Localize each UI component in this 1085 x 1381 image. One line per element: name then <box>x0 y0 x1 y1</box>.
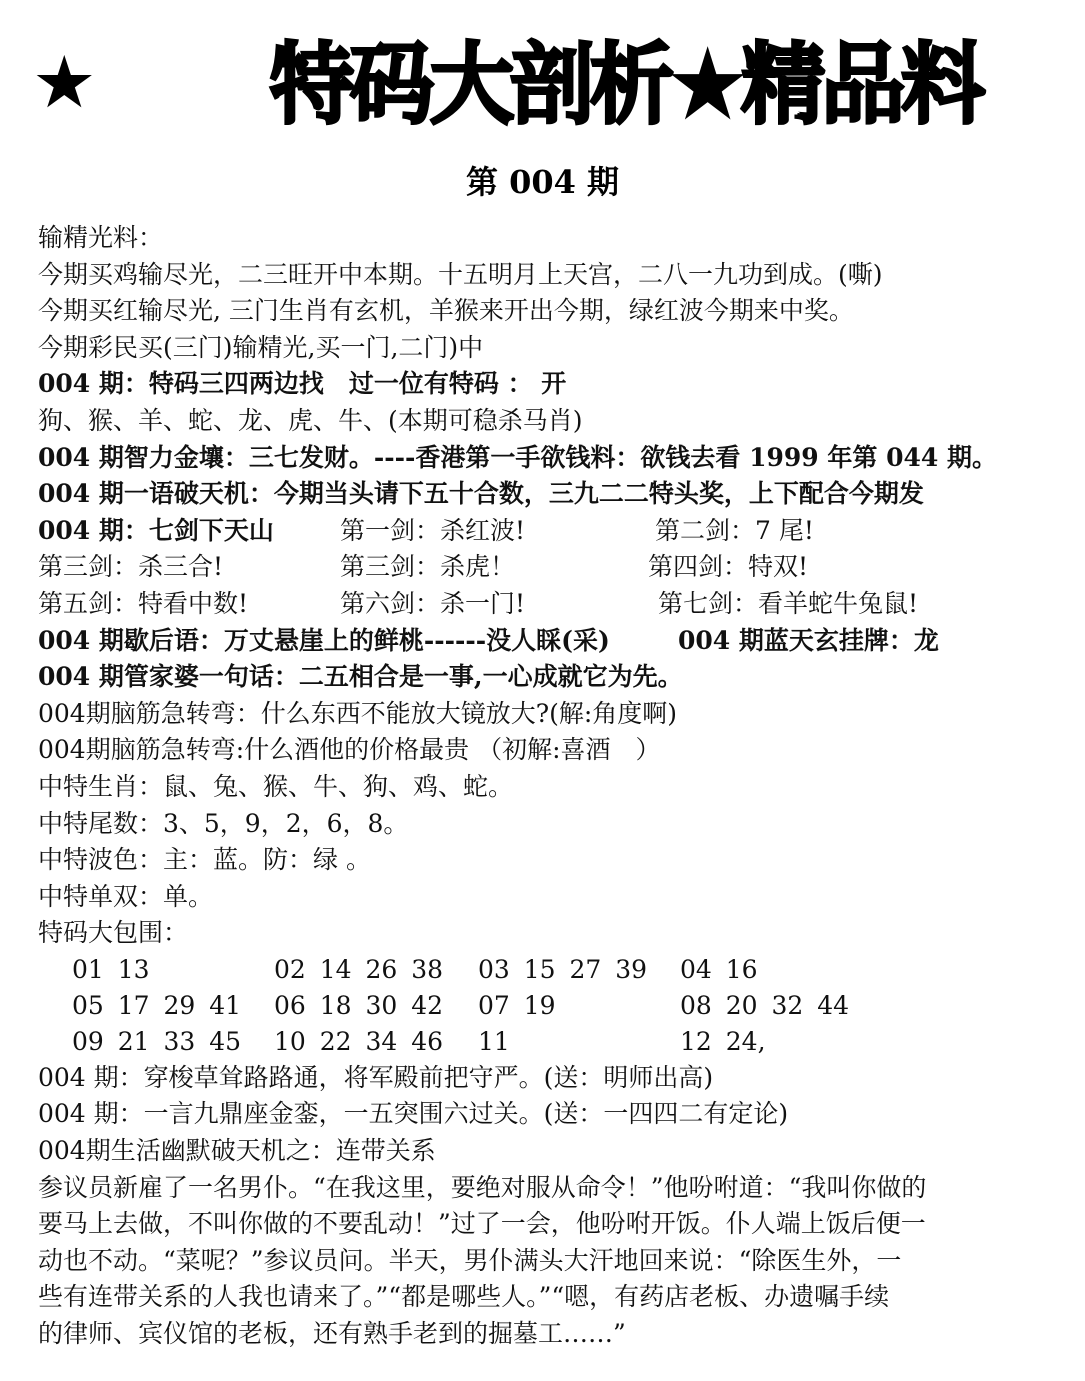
joke-line: 些有连带关系的人我也请来了。”“都是哪些人。”“嗯，有药店老板、办遗嘱手续 <box>38 1279 1068 1316</box>
joke-line: 参议员新雇了一名男仆。“在我这里，要绝对服从命令！”他吩咐道：“我叫你做的 <box>38 1170 1068 1207</box>
number-group: 08 20 32 44 <box>680 988 849 1024</box>
number-group: 06 18 30 42 <box>274 988 443 1024</box>
sword-item: 第四剑：特双! <box>648 549 808 586</box>
riddle-text: 004 期蓝天玄挂牌：龙 <box>678 623 939 660</box>
text-line: 004 期管家婆一句话：二五相合是一事,一心成就它为先。 <box>38 659 1068 696</box>
number-group: 03 15 27 39 <box>478 952 647 988</box>
text-line: 004 期一语破天机：今期当头请下五十合数，三九二二特头奖，上下配合今期发 <box>38 476 1068 513</box>
number-group: 04 16 <box>680 952 758 988</box>
tail-numbers: 中特尾数：3、5，9，2，6，8。 <box>38 806 1068 843</box>
sword-row: 第三剑：杀三合! 第三剑：杀虎！ 第四剑：特双! <box>38 549 1068 586</box>
text-line: 004 期：特码三四两边找 过一位有特码 ： 开 <box>38 366 1068 403</box>
number-group: 09 21 33 45 <box>72 1024 241 1060</box>
joke-line: 的律师、宾仪馆的老板，还有熟手老到的掘墓工……” <box>38 1316 1068 1353</box>
article-body: 输精光料： 今期买鸡输尽光，二三旺开中本期。十五明月上天宫，二八一九功到成。(嘶… <box>38 220 1068 1353</box>
number-row: 09 21 33 45 10 22 34 46 11 12 24, <box>38 1024 1068 1060</box>
sword-item: 第七剑：看羊蛇牛兔鼠! <box>658 586 918 623</box>
joke-line: 要马上去做，不叫你做的不要乱动！”过了一会，他吩咐开饭。仆人端上饭后便一 <box>38 1206 1068 1243</box>
text-line: 004 期：一言九鼎座金銮，一五突围六过关。(送：一四四二有定论) <box>38 1096 1068 1133</box>
zodiac-list: 中特生肖：鼠、兔、猴、牛、狗、鸡、蛇。 <box>38 769 1068 806</box>
sword-item: 004 期：七剑下天山 <box>38 513 274 550</box>
number-row: 05 17 29 41 06 18 30 42 07 19 08 20 32 4… <box>38 988 1068 1024</box>
sword-item: 第一剑：杀红波! <box>340 513 525 550</box>
sword-row: 004 期：七剑下天山 第一剑：杀红波! 第二剑：7 尾! <box>38 513 1068 550</box>
number-row: 01 13 02 14 26 38 03 15 27 39 04 16 <box>38 952 1068 988</box>
number-group: 11 <box>478 1024 510 1060</box>
sword-row: 第五剑：特看中数! 第六剑：杀一门! 第七剑：看羊蛇牛兔鼠! <box>38 586 1068 623</box>
text-line: 004 期：穿梭草耸路路通，将军殿前把守严。(送：明师出高) <box>38 1060 1068 1097</box>
zodiac-list: 狗、猴、羊、蛇、龙、虎、牛、(本期可稳杀马肖) <box>38 403 1068 440</box>
page-title: 特码大剖析★精品料 <box>270 34 981 135</box>
page-header: ★ 特码大剖析★精品料 <box>0 28 1085 128</box>
text-line: 今期彩民买(三门)输精光,买一门,二门)中 <box>38 330 1068 367</box>
number-group: 05 17 29 41 <box>72 988 241 1024</box>
text-line: 004期脑筋急转弯：什么东西不能放大镜放大?(解:角度啊) <box>38 696 1068 733</box>
sword-item: 第二剑：7 尾! <box>655 513 814 550</box>
text-line: 今期买红输尽光, 三门生肖有玄机，羊猴来开出今期，绿红波今期来中奖。 <box>38 293 1068 330</box>
section-heading: 输精光料： <box>38 220 1068 257</box>
text-line: 004 期智力金壤：三七发财。----香港第一手欲钱料：欲钱去看 1999 年第… <box>38 440 1068 477</box>
odd-even: 中特单双：单。 <box>38 879 1068 916</box>
sword-item: 第六剑：杀一门! <box>340 586 525 623</box>
text-line: 004期生活幽默破天机之：连带关系 <box>38 1133 1068 1170</box>
sword-item: 第三剑：杀虎！ <box>340 549 515 586</box>
text-line: 004期脑筋急转弯:什么酒他的价格最贵 （初解:喜酒 ） <box>38 732 1068 769</box>
section-heading: 特码大包围： <box>38 915 1068 952</box>
number-group: 01 13 <box>72 952 150 988</box>
number-group: 07 19 <box>478 988 556 1024</box>
number-group: 10 22 34 46 <box>274 1024 443 1060</box>
sword-item: 第五剑：特看中数! <box>38 586 248 623</box>
number-group: 12 24, <box>680 1024 766 1060</box>
sword-item: 第三剑：杀三合! <box>38 549 223 586</box>
text-line: 今期买鸡输尽光，二三旺开中本期。十五明月上天宫，二八一九功到成。(嘶) <box>38 257 1068 294</box>
issue-number: 第 004 期 <box>0 160 1085 204</box>
wave-color: 中特波色：主：蓝。防：绿 。 <box>38 842 1068 879</box>
number-group: 02 14 26 38 <box>274 952 443 988</box>
text-line: 004 期歇后语：万丈悬崖上的鲜桃------没人睬(采) 004 期蓝天玄挂牌… <box>38 623 1068 660</box>
joke-line: 动也不动。“菜呢？”参议员问。半天，男仆满头大汗地回来说：“除医生外，一 <box>38 1243 1068 1280</box>
riddle-text: 004 期歇后语：万丈悬崖上的鲜桃------没人睬(采) <box>38 623 610 660</box>
star-icon: ★ <box>32 42 97 122</box>
